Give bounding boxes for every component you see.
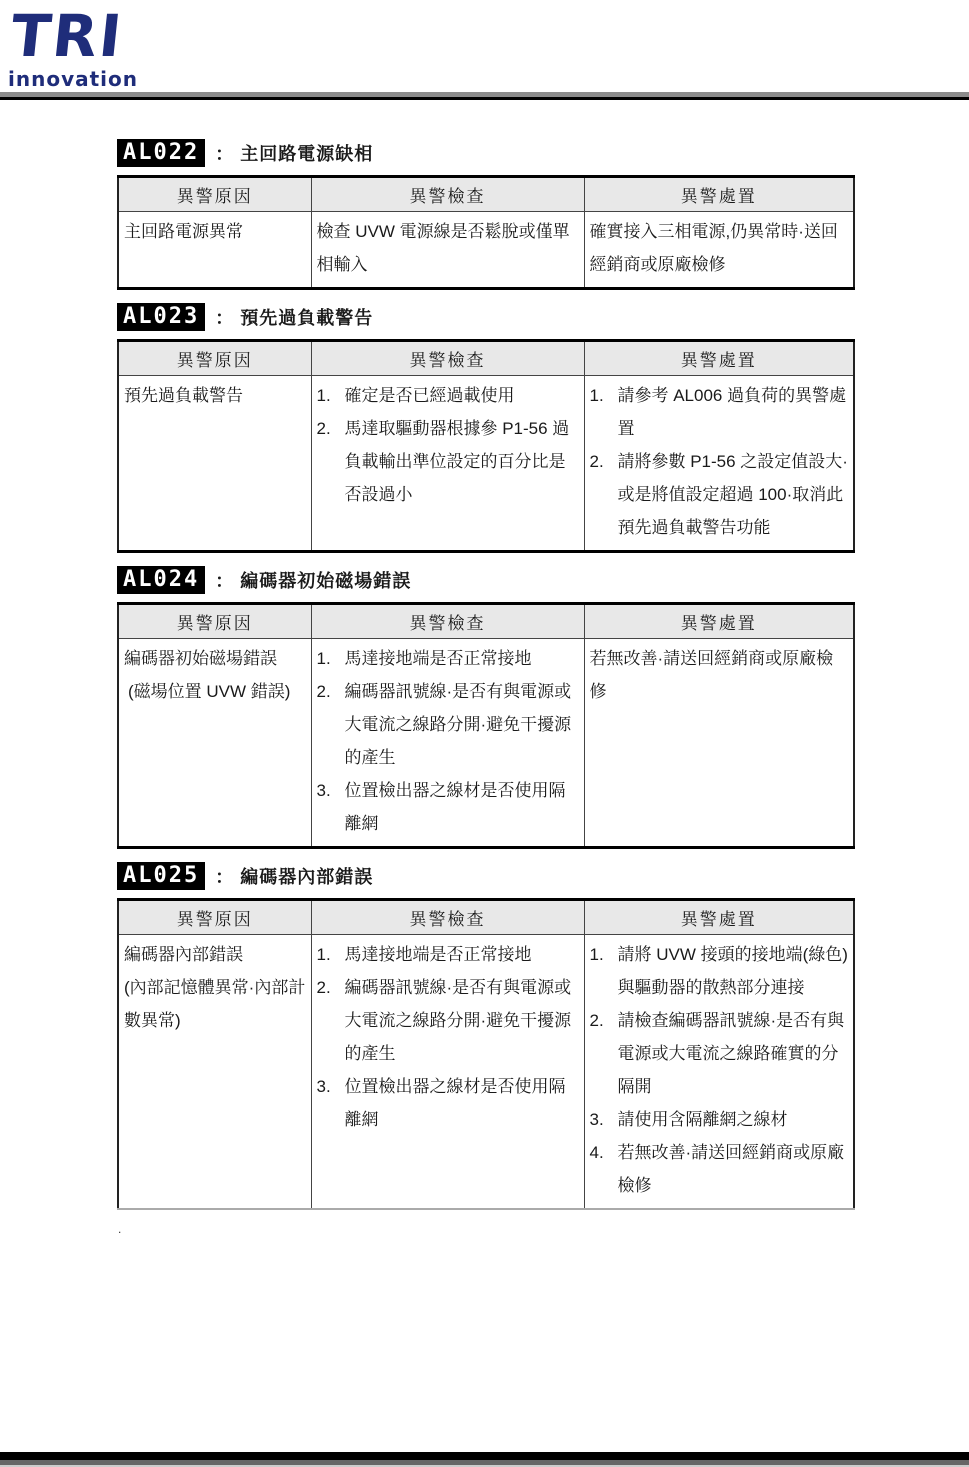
- column-header-check: 異警檢查: [311, 900, 584, 935]
- alarm-heading: AL023 ： 預先過負載警告: [117, 302, 853, 332]
- cause-text: 編碼器內部錯誤: [124, 938, 306, 971]
- column-header-cause: 異警原因: [118, 341, 311, 376]
- action-cell: 1.請參考 AL006 過負荷的異警處置 2.請將參數 P1-56 之設定值設大…: [584, 376, 854, 552]
- alarm-code-badge: AL024: [117, 566, 205, 594]
- alarm-section-al025: AL025 ： 編碼器內部錯誤 異警原因 異警檢查 異警處置 編碼器內部錯誤 (…: [117, 861, 853, 1210]
- trailing-dot: .: [118, 1222, 853, 1236]
- table-header-row: 異警原因 異警檢查 異警處置: [118, 341, 854, 376]
- alarm-section-al022: AL022 ： 主回路電源缺相 異警原因 異警檢查 異警處置 主回路電源異常 檢…: [117, 138, 853, 290]
- table-row: 主回路電源異常 檢查 UVW 電源線是否鬆脫或僅單相輸入 確實接入三相電源,仍異…: [118, 212, 854, 289]
- action-cell: 1.請將 UVW 接頭的接地端(綠色)與驅動器的散熱部分連接 2.請檢查編碼器訊…: [584, 935, 854, 1210]
- header-divider: [0, 92, 969, 100]
- cause-cell: 主回路電源異常: [118, 212, 311, 289]
- tri-logo: TRI innovation: [8, 6, 148, 90]
- alarm-heading: AL025 ： 編碼器內部錯誤: [117, 861, 853, 891]
- column-header-check: 異警檢查: [311, 604, 584, 639]
- check-cell: 檢查 UVW 電源線是否鬆脫或僅單相輸入: [311, 212, 584, 289]
- heading-colon: ：: [215, 567, 233, 593]
- column-header-action: 異警處置: [584, 900, 854, 935]
- list-item: 1.請將 UVW 接頭的接地端(綠色)與驅動器的散熱部分連接: [590, 938, 849, 1004]
- footer-bar: [0, 1452, 969, 1467]
- column-header-cause: 異警原因: [118, 604, 311, 639]
- heading-colon: ：: [215, 140, 233, 166]
- alarm-heading: AL024 ： 編碼器初始磁場錯誤: [117, 565, 853, 595]
- check-cell: 1.馬達接地端是否正常接地 2.編碼器訊號線·是否有與電源或大電流之線路分開·避…: [311, 639, 584, 848]
- alarm-title: 編碼器內部錯誤: [240, 863, 373, 889]
- heading-colon: ：: [215, 863, 233, 889]
- action-text: 確實接入三相電源,仍異常時·送回經銷商或原廠檢修: [590, 215, 849, 281]
- cause-text: (磁場位置 UVW 錯誤): [124, 675, 306, 708]
- list-item: 3.請使用含隔離網之線材: [590, 1103, 849, 1136]
- column-header-cause: 異警原因: [118, 900, 311, 935]
- list-item: 2.馬達取驅動器根據參 P1-56 過負載輸出準位設定的百分比是否設過小: [317, 412, 579, 511]
- column-header-check: 異警檢查: [311, 341, 584, 376]
- cause-cell: 預先過負載警告: [118, 376, 311, 552]
- alarm-title: 主回路電源缺相: [240, 140, 373, 166]
- cause-text: 預先過負載警告: [124, 379, 306, 412]
- table-header-row: 異警原因 異警檢查 異警處置: [118, 177, 854, 212]
- alarm-heading: AL022 ： 主回路電源缺相: [117, 138, 853, 168]
- alarm-table: 異警原因 異警檢查 異警處置 預先過負載警告 1.確定是否已經過載使用 2.馬達…: [117, 339, 855, 553]
- table-header-row: 異警原因 異警檢查 異警處置: [118, 900, 854, 935]
- heading-colon: ：: [215, 304, 233, 330]
- list-item: 2.請檢查編碼器訊號線·是否有與電源或大電流之線路確實的分隔開: [590, 1004, 849, 1103]
- alarm-section-al024: AL024 ： 編碼器初始磁場錯誤 異警原因 異警檢查 異警處置 編碼器初始磁場…: [117, 565, 853, 849]
- list-item: 1.馬達接地端是否正常接地: [317, 642, 579, 675]
- document-body: AL022 ： 主回路電源缺相 異警原因 異警檢查 異警處置 主回路電源異常 檢…: [117, 138, 853, 1236]
- column-header-check: 異警檢查: [311, 177, 584, 212]
- list-item: 2.請將參數 P1-56 之設定值設大·或是將值設定超過 100·取消此預先過負…: [590, 445, 849, 544]
- cause-text: 編碼器初始磁場錯誤: [124, 642, 306, 675]
- alarm-table: 異警原因 異警檢查 異警處置 編碼器初始磁場錯誤 (磁場位置 UVW 錯誤) 1…: [117, 602, 855, 849]
- table-row: 編碼器初始磁場錯誤 (磁場位置 UVW 錯誤) 1.馬達接地端是否正常接地 2.…: [118, 639, 854, 848]
- column-header-action: 異警處置: [584, 604, 854, 639]
- table-header-row: 異警原因 異警檢查 異警處置: [118, 604, 854, 639]
- check-cell: 1.馬達接地端是否正常接地 2.編碼器訊號線·是否有與電源或大電流之線路分開·避…: [311, 935, 584, 1210]
- cause-text: (內部記憶體異常·內部計數異常): [124, 971, 306, 1037]
- list-item: 1.確定是否已經過載使用: [317, 379, 579, 412]
- table-row: 預先過負載警告 1.確定是否已經過載使用 2.馬達取驅動器根據參 P1-56 過…: [118, 376, 854, 552]
- list-item: 1.請參考 AL006 過負荷的異警處置: [590, 379, 849, 445]
- alarm-code-badge: AL022: [117, 139, 205, 167]
- column-header-action: 異警處置: [584, 177, 854, 212]
- check-cell: 1.確定是否已經過載使用 2.馬達取驅動器根據參 P1-56 過負載輸出準位設定…: [311, 376, 584, 552]
- alarm-code-badge: AL025: [117, 862, 205, 890]
- list-item: 3.位置檢出器之線材是否使用隔離網: [317, 1070, 579, 1136]
- list-item: 2.編碼器訊號線·是否有與電源或大電流之線路分開·避免干擾源的產生: [317, 971, 579, 1070]
- list-item: 1.馬達接地端是否正常接地: [317, 938, 579, 971]
- action-cell: 確實接入三相電源,仍異常時·送回經銷商或原廠檢修: [584, 212, 854, 289]
- check-text: 檢查 UVW 電源線是否鬆脫或僅單相輸入: [317, 215, 579, 281]
- action-cell: 若無改善·請送回經銷商或原廠檢修: [584, 639, 854, 848]
- tri-logo-subtext: innovation: [8, 68, 148, 90]
- alarm-table: 異警原因 異警檢查 異警處置 主回路電源異常 檢查 UVW 電源線是否鬆脫或僅單…: [117, 175, 855, 290]
- cause-cell: 編碼器內部錯誤 (內部記憶體異常·內部計數異常): [118, 935, 311, 1210]
- table-row: 編碼器內部錯誤 (內部記憶體異常·內部計數異常) 1.馬達接地端是否正常接地 2…: [118, 935, 854, 1210]
- column-header-cause: 異警原因: [118, 177, 311, 212]
- alarm-section-al023: AL023 ： 預先過負載警告 異警原因 異警檢查 異警處置 預先過負載警告 1…: [117, 302, 853, 553]
- action-text: 若無改善·請送回經銷商或原廠檢修: [590, 642, 849, 708]
- column-header-action: 異警處置: [584, 341, 854, 376]
- list-item: 3.位置檢出器之線材是否使用隔離網: [317, 774, 579, 840]
- alarm-code-badge: AL023: [117, 303, 205, 331]
- alarm-table: 異警原因 異警檢查 異警處置 編碼器內部錯誤 (內部記憶體異常·內部計數異常) …: [117, 898, 855, 1210]
- cause-text: 主回路電源異常: [124, 215, 306, 248]
- list-item: 2.編碼器訊號線·是否有與電源或大電流之線路分開·避免干擾源的產生: [317, 675, 579, 774]
- tri-logo-text: TRI: [8, 6, 154, 66]
- alarm-title: 編碼器初始磁場錯誤: [240, 567, 411, 593]
- cause-cell: 編碼器初始磁場錯誤 (磁場位置 UVW 錯誤): [118, 639, 311, 848]
- alarm-title: 預先過負載警告: [240, 304, 373, 330]
- list-item: 4.若無改善·請送回經銷商或原廠檢修: [590, 1136, 849, 1202]
